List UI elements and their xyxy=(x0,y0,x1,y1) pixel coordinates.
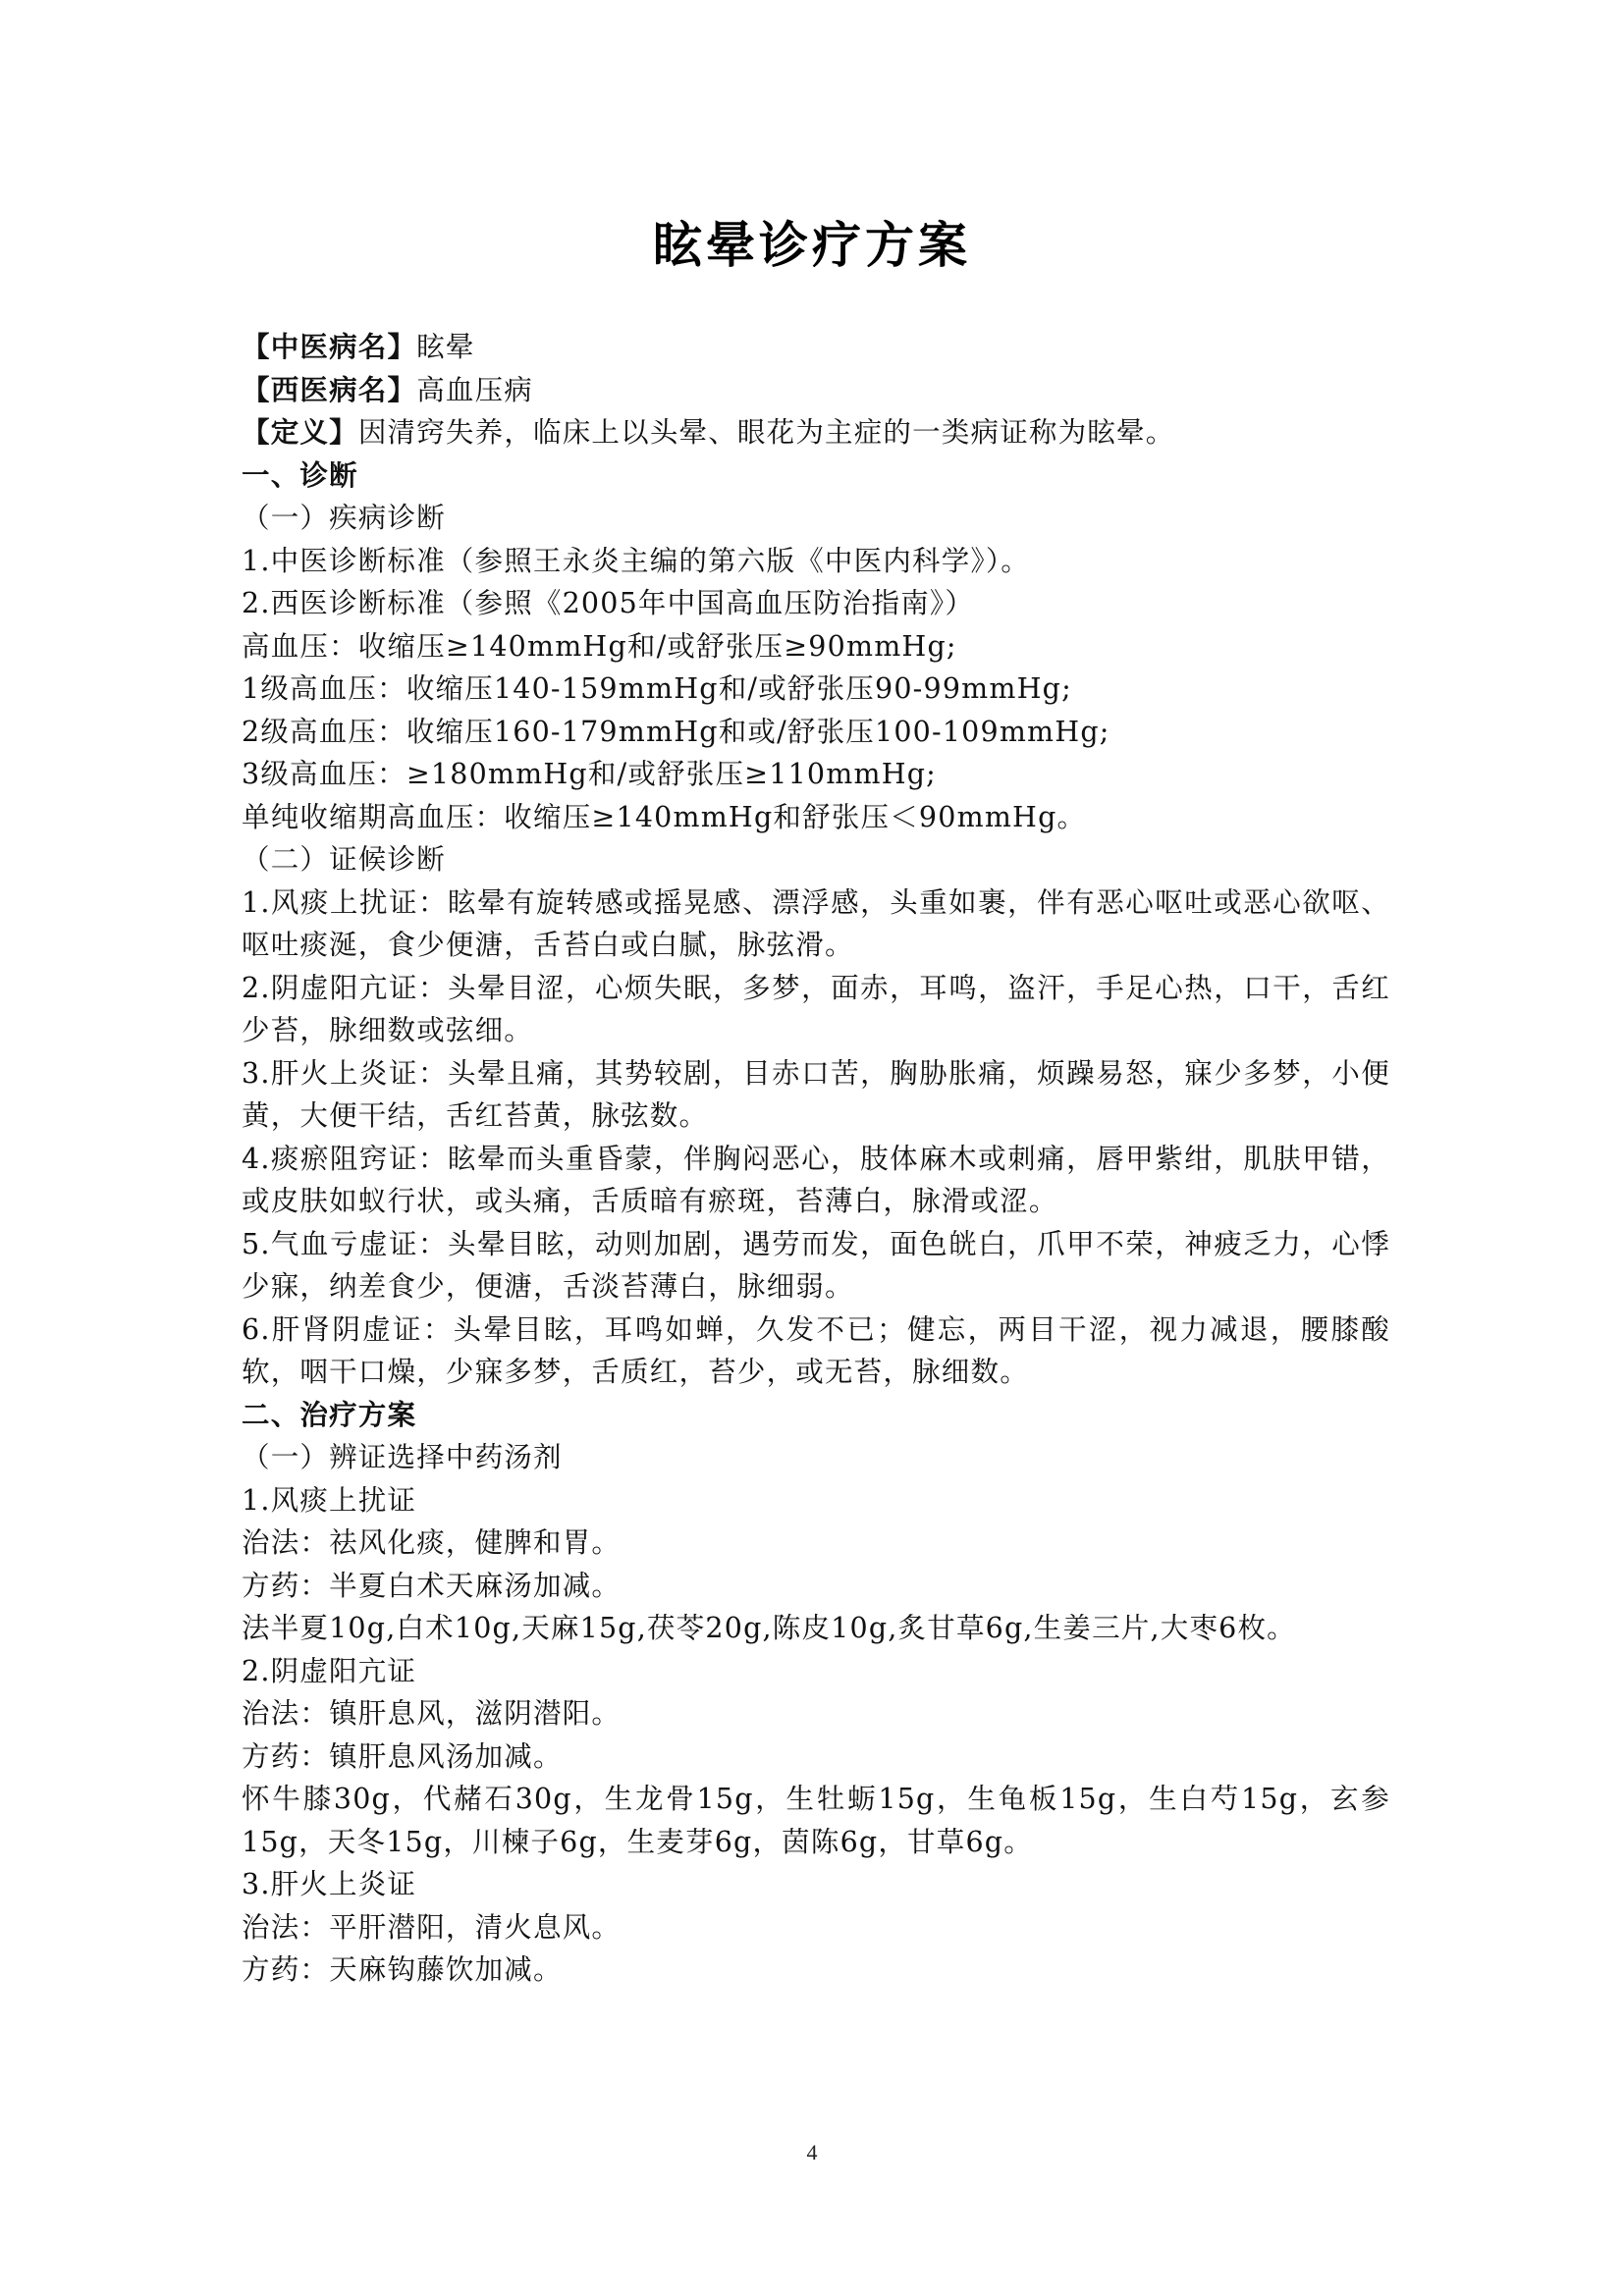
pattern-name: 1.风痰上扰证 xyxy=(242,1479,1390,1522)
section-heading-diagnosis: 一、诊断 xyxy=(242,454,1390,498)
pattern-name: 2.阴虚阳亢证 xyxy=(242,1650,1390,1693)
diagnosis-line: 单纯收缩期高血压：收缩压≥140mmHg和舒张压＜90mmHg。 xyxy=(242,796,1390,839)
diagnosis-line: 1.中医诊断标准（参照王永炎主编的第六版《中医内科学》）。 xyxy=(242,540,1390,583)
syndrome-item: 5.气血亏虚证：头晕目眩，动则加剧，遇劳而发，面色㿠白，爪甲不荣，神疲乏力，心悸… xyxy=(242,1223,1390,1308)
document-body: 【中医病名】眩晕 【西医病名】高血压病 【定义】因清窍失养，临床上以头晕、眼花为… xyxy=(242,326,1390,1992)
herb-list: 怀牛膝30g，代赭石30g，生龙骨15g，生牡蛎15g，生龟板15g，生白芍15… xyxy=(242,1778,1390,1863)
tcm-disease-name-label: 【中医病名】 xyxy=(242,331,416,363)
formula: 方药：镇肝息风汤加减。 xyxy=(242,1735,1390,1779)
section-heading-treatment: 二、治疗方案 xyxy=(242,1394,1390,1437)
tcm-disease-name-line: 【中医病名】眩晕 xyxy=(242,326,1390,369)
diagnosis-line: 2.西医诊断标准（参照《2005年中国高血压防治指南》） xyxy=(242,582,1390,625)
document-title: 眩晕诊疗方案 xyxy=(0,206,1624,277)
syndrome-item: 1.风痰上扰证：眩晕有旋转感或摇晃感、漂浮感，头重如裹，伴有恶心呕吐或恶心欲呕、… xyxy=(242,881,1390,967)
western-disease-name-label: 【西医病名】 xyxy=(242,374,416,406)
tcm-disease-name-value: 眩晕 xyxy=(416,331,474,363)
treatment-method: 治法：祛风化痰，健脾和胃。 xyxy=(242,1522,1390,1565)
subsection-heading-disease-diagnosis: （一）疾病诊断 xyxy=(242,497,1390,540)
diagnosis-line: 1级高血压：收缩压140-159mmHg和/或舒张压90-99mmHg; xyxy=(242,667,1390,711)
document-page: 眩晕诊疗方案 【中医病名】眩晕 【西医病名】高血压病 【定义】因清窍失养，临床上… xyxy=(0,0,1624,2296)
subsection-heading-herbal-decoction: （一）辨证选择中药汤剂 xyxy=(242,1436,1390,1479)
western-disease-name-value: 高血压病 xyxy=(416,374,533,406)
syndrome-item: 4.痰瘀阻窍证：眩晕而头重昏蒙，伴胸闷恶心，肢体麻木或刺痛，唇甲紫绀，肌肤甲错，… xyxy=(242,1138,1390,1223)
syndrome-item: 3.肝火上炎证：头晕且痛，其势较剧，目赤口苦，胸胁胀痛，烦躁易怒，寐少多梦，小便… xyxy=(242,1052,1390,1138)
treatment-method: 治法：镇肝息风，滋阴潜阳。 xyxy=(242,1692,1390,1735)
syndrome-item: 2.阴虚阳亢证：头晕目涩，心烦失眠，多梦，面赤，耳鸣，盗汗，手足心热，口干，舌红… xyxy=(242,967,1390,1052)
subsection-heading-syndrome-diagnosis: （二）证候诊断 xyxy=(242,838,1390,881)
page-number: 4 xyxy=(0,2140,1624,2165)
definition-line: 【定义】因清窍失养，临床上以头晕、眼花为主症的一类病证称为眩晕。 xyxy=(242,411,1390,454)
western-disease-name-line: 【西医病名】高血压病 xyxy=(242,369,1390,412)
definition-label: 【定义】 xyxy=(242,416,358,449)
formula: 方药：半夏白术天麻汤加减。 xyxy=(242,1565,1390,1608)
pattern-name: 3.肝火上炎证 xyxy=(242,1863,1390,1906)
definition-value: 因清窍失养，临床上以头晕、眼花为主症的一类病证称为眩晕。 xyxy=(358,416,1175,449)
formula: 方药：天麻钩藤饮加减。 xyxy=(242,1949,1390,1992)
herb-list: 法半夏10g,白术10g,天麻15g,茯苓20g,陈皮10g,炙甘草6g,生姜三… xyxy=(242,1607,1390,1650)
diagnosis-line: 3级高血压：≥180mmHg和/或舒张压≥110mmHg; xyxy=(242,753,1390,796)
diagnosis-line: 2级高血压：收缩压160-179mmHg和或/舒张压100-109mmHg; xyxy=(242,711,1390,754)
diagnosis-line: 高血压：收缩压≥140mmHg和/或舒张压≥90mmHg; xyxy=(242,625,1390,668)
syndrome-item: 6.肝肾阴虚证：头晕目眩，耳鸣如蝉，久发不已；健忘，两目干涩，视力减退，腰膝酸软… xyxy=(242,1308,1390,1394)
treatment-method: 治法：平肝潜阳，清火息风。 xyxy=(242,1906,1390,1949)
